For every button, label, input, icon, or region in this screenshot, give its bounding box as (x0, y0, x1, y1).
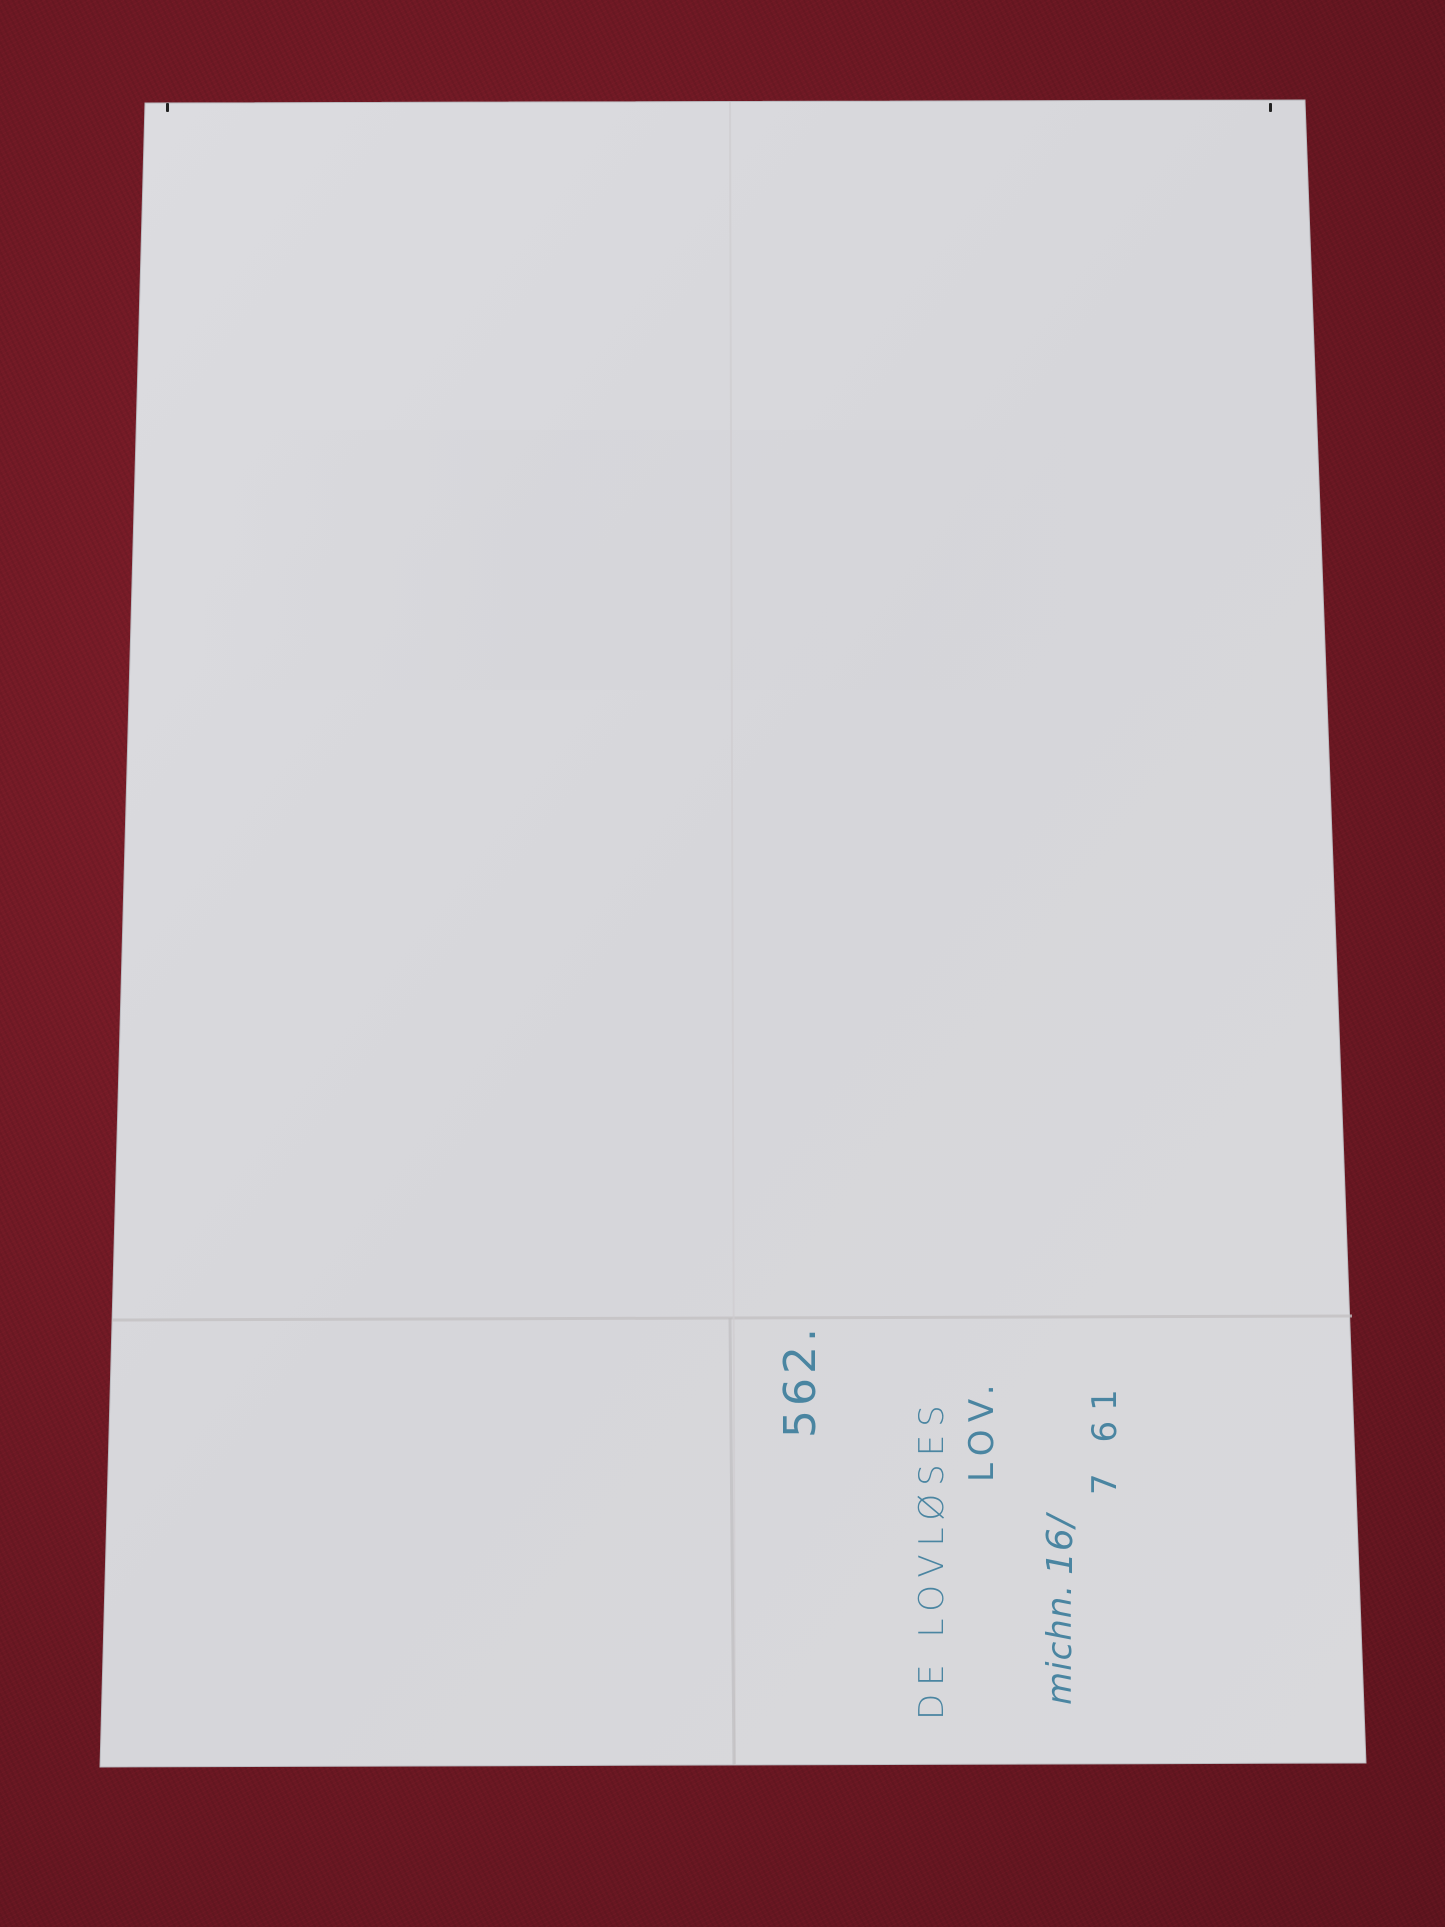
handwritten-title-line2: LOV. (962, 1376, 1002, 1482)
handwritten-title-line1: DE LOVLØSES (912, 1397, 952, 1720)
handwritten-signature: michn. (1040, 1584, 1080, 1705)
handwritten-number: 562. (775, 1324, 826, 1438)
pin-mark-right (1269, 103, 1272, 112)
pin-mark-left (166, 103, 169, 112)
poster-back: 562. DE LOVLØSES LOV. michn. 16/ 7 61 (0, 0, 1445, 1927)
handwritten-date-rest: 7 61 (1085, 1379, 1125, 1495)
paper-sheet (0, 0, 1445, 1927)
handwritten-date-day: 16/ (1040, 1514, 1081, 1575)
